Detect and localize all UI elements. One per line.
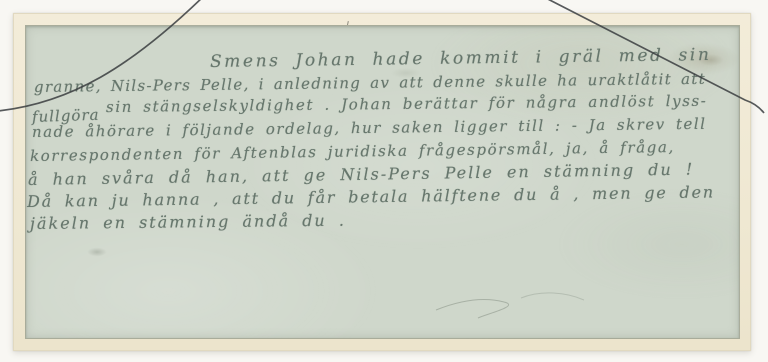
paper-stain [84, 246, 110, 258]
handwritten-line-8: jäkeln en stämning ändå du . [30, 211, 346, 233]
photo-background: Smens Johan hade kommit i gräl med sin g… [0, 0, 768, 362]
manuscript-paper: Smens Johan hade kommit i gräl med sin g… [25, 25, 740, 339]
picture-frame: Smens Johan hade kommit i gräl med sin g… [13, 13, 751, 351]
handwritten-line-4: nade åhörare i följande ordelag, hur sak… [32, 115, 707, 141]
handwritten-line-3: sin stängselskyldighet . Johan berättar … [106, 92, 708, 116]
pencil-smudge [426, 278, 596, 323]
handwritten-line-1: Smens Johan hade kommit i gräl med sin [210, 45, 712, 72]
